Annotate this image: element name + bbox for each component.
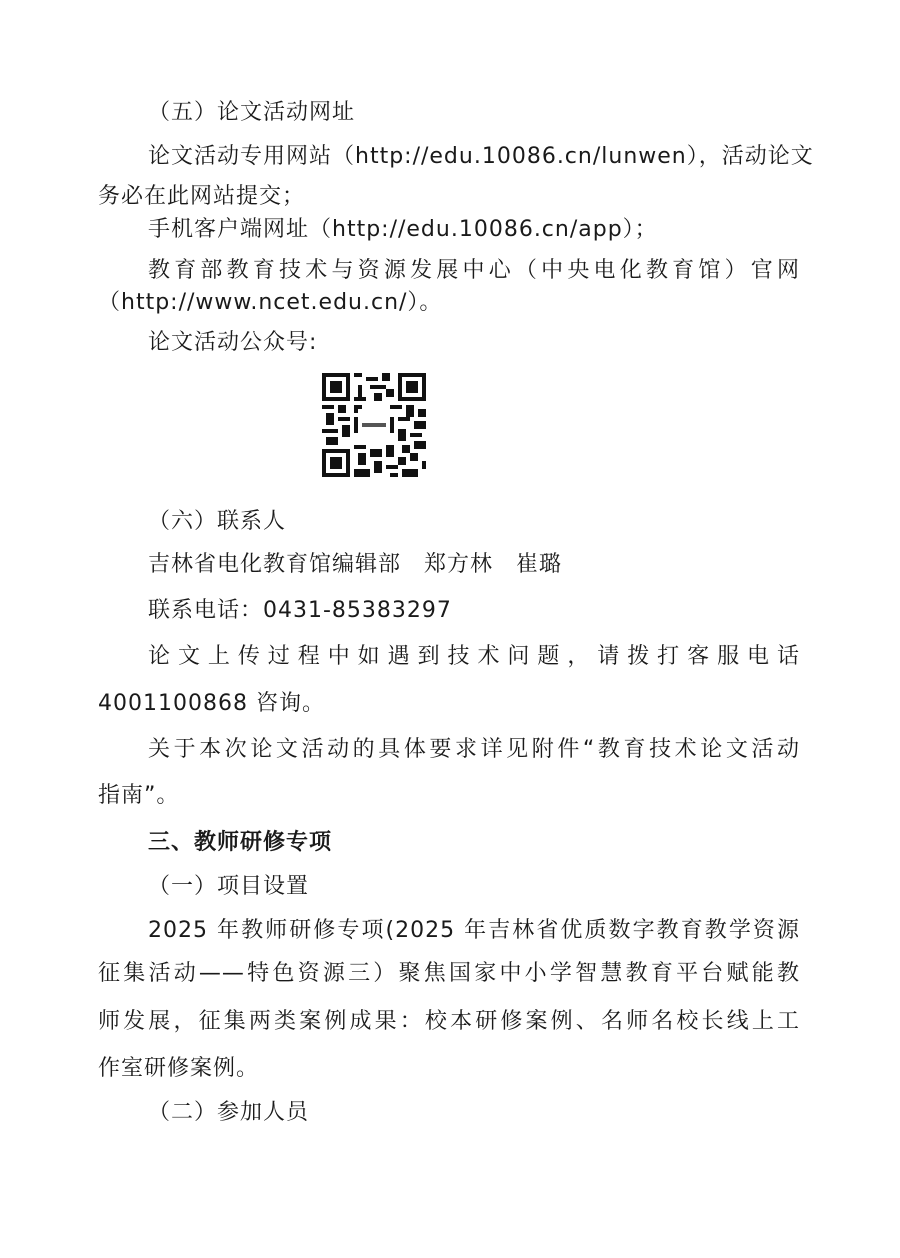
paragraph-line: 论文上传过程中如遇到技术问题，请拨打客服电话 xyxy=(148,643,800,671)
section-heading-6: （六）联系人 xyxy=(148,508,286,536)
paragraph-line: 论文活动公众号: xyxy=(148,329,317,357)
contact-phone: 联系电话：0431-85383297 xyxy=(148,597,452,625)
contact-people: 吉林省电化教育馆编辑部 郑方林 崔璐 xyxy=(148,551,562,579)
paragraph-line: 4001100868 咨询。 xyxy=(98,690,325,718)
subsection-heading-1: （一）项目设置 xyxy=(148,873,309,901)
paragraph-line: 征集活动——特色资源三）聚焦国家中小学智慧教育平台赋能教 xyxy=(98,960,800,988)
paragraph-line: （http://www.ncet.edu.cn/）。 xyxy=(98,289,442,317)
paragraph-line: 论文活动专用网站（http://edu.10086.cn/lunwen），活动论… xyxy=(148,143,800,171)
paragraph-line: 关于本次论文活动的具体要求详见附件“教育技术论文活动 xyxy=(148,736,800,764)
paragraph-line: 务必在此网站提交； xyxy=(98,183,305,211)
paragraph-line: 教育部教育技术与资源发展中心（中央电化教育馆）官网 xyxy=(148,257,800,285)
qr-code-icon xyxy=(322,373,426,477)
paragraph-line: 手机客户端网址（http://edu.10086.cn/app）； xyxy=(148,216,658,244)
paragraph-line: 作室研修案例。 xyxy=(98,1055,259,1083)
paragraph-line: 师发展，征集两类案例成果：校本研修案例、名师名校长线上工 xyxy=(98,1008,800,1036)
subsection-heading-2: （二）参加人员 xyxy=(148,1099,309,1127)
section-heading-5: （五）论文活动网址 xyxy=(148,99,355,127)
paragraph-line: 2025 年教师研修专项(2025 年吉林省优质数字教育教学资源 xyxy=(148,917,800,945)
paragraph-line: 指南”。 xyxy=(98,782,179,810)
chapter-heading: 三、教师研修专项 xyxy=(148,829,332,857)
